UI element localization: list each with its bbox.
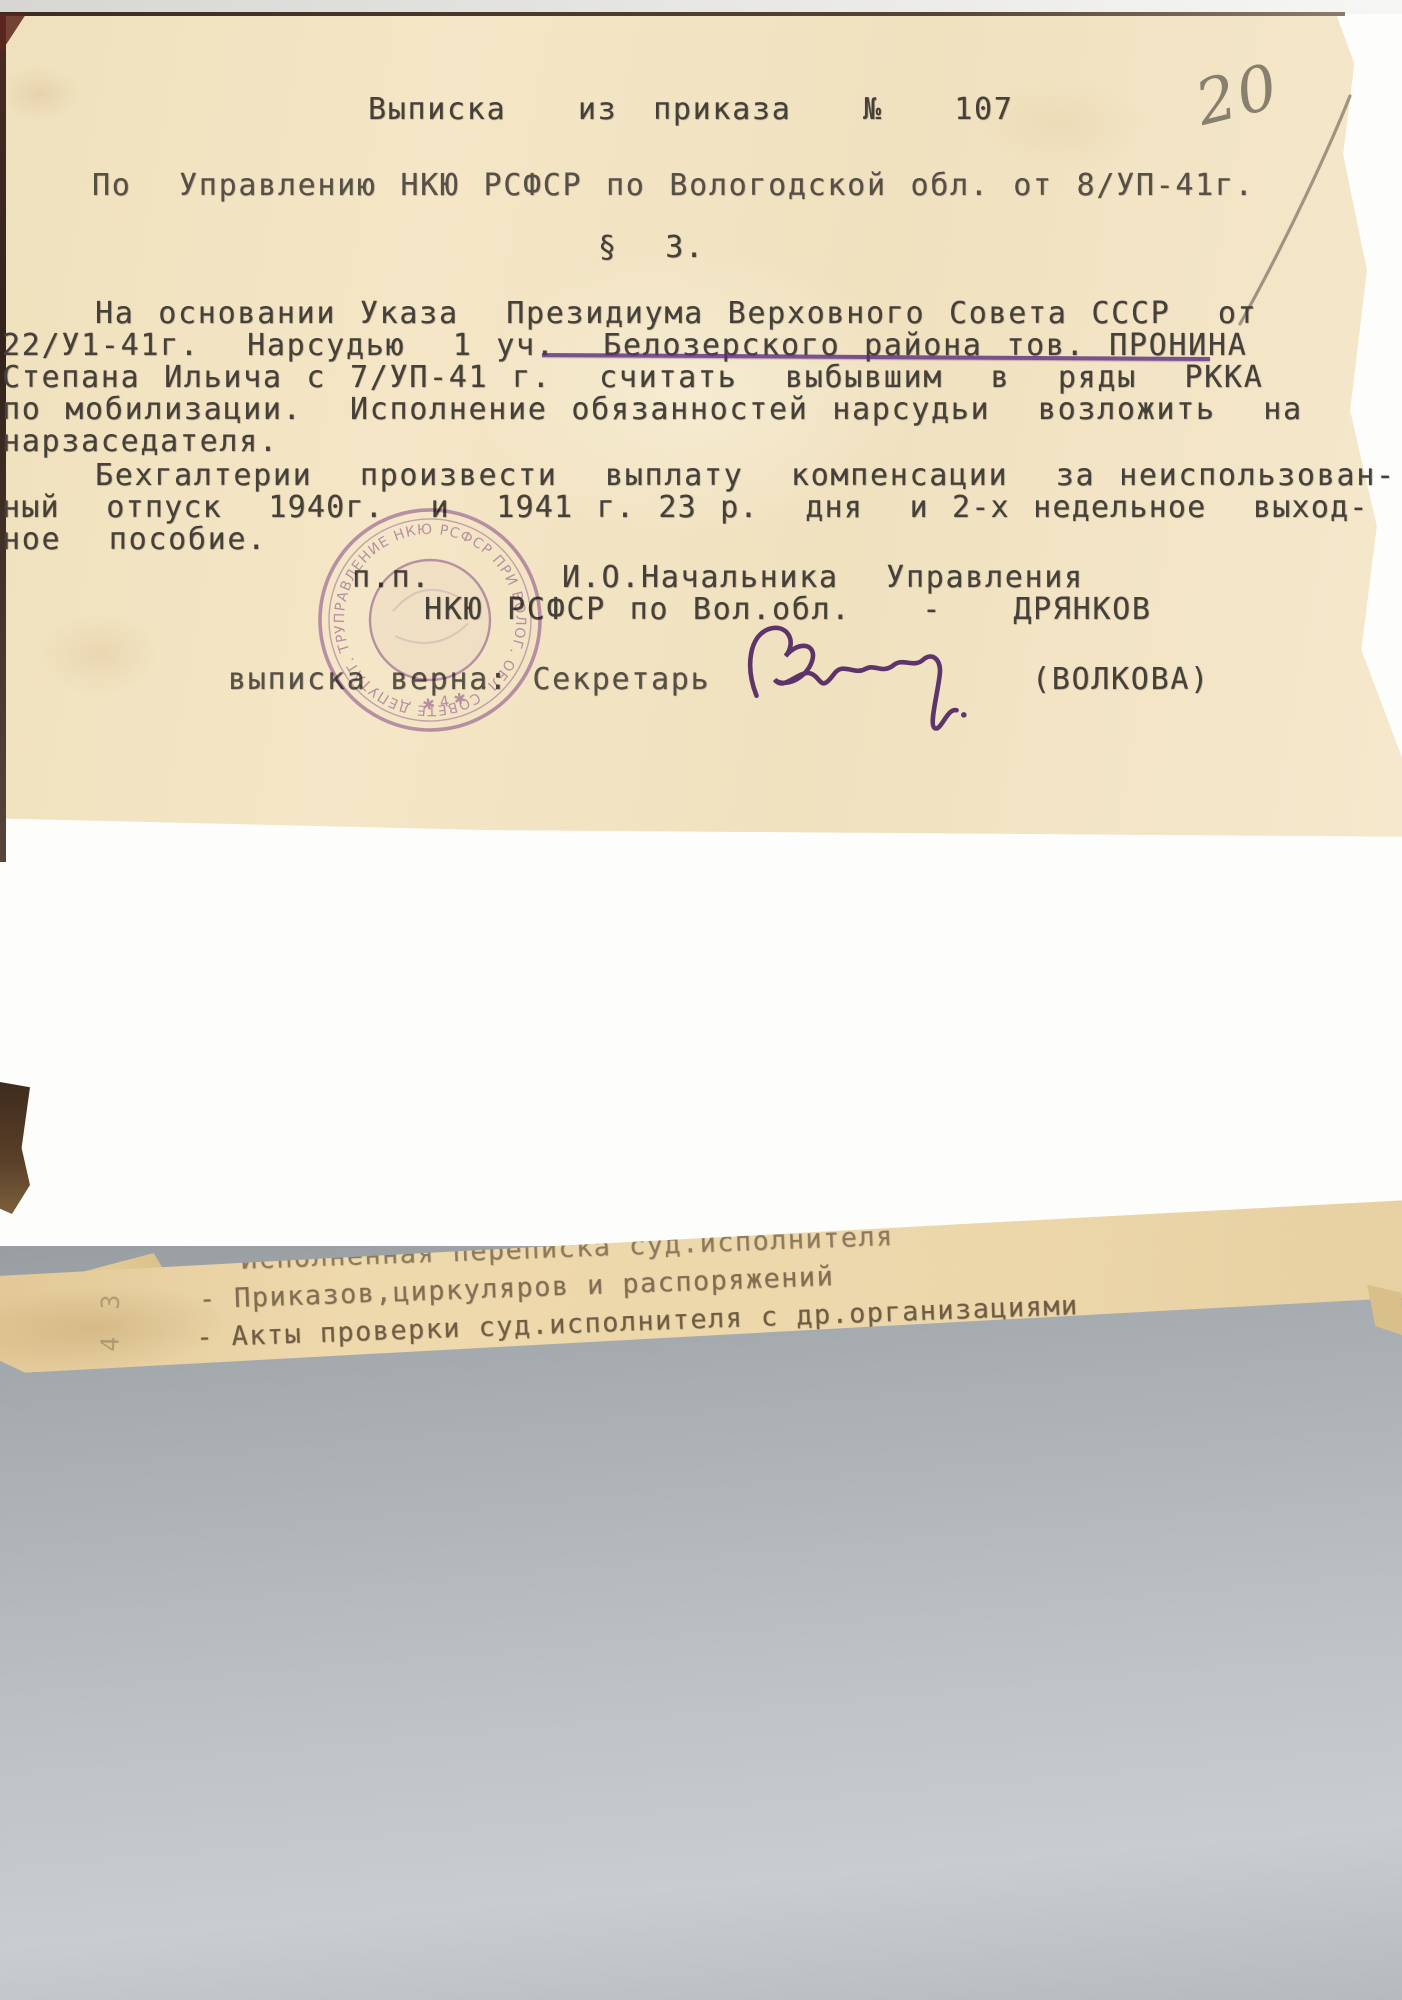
- signature-volkov-ink: [736, 602, 994, 765]
- scanned-document-page: 20 Выписка из приказа № 107 По Управлени…: [0, 0, 1402, 2000]
- section-number: § 3.: [598, 230, 705, 265]
- paragraph1-line1: На основании Указа Президиума Верховного…: [95, 296, 1257, 331]
- paragraph1-line2-prefix: 22/У1-41г. Нарсудью 1 уч.: [2, 328, 603, 363]
- signature-title-line1: И.О.Начальника Управления: [562, 560, 1084, 595]
- torn-paper-fragment: [0, 1082, 30, 1214]
- secretary-name: (ВОЛКОВА): [1032, 662, 1210, 697]
- paragraph2-line2: ный отпуск 1940г. и 1941 г. 23 р. дня и …: [2, 490, 1369, 525]
- document-subtitle: По Управлению НКЮ РСФСР по Вологодской о…: [92, 168, 1254, 203]
- round-ink-stamp: УПРАВЛЕНИЕ НКЮ РСФСР ПРИ ВОЛОГ. ОБЛ. СОВ…: [250, 440, 609, 799]
- paper-top-shadow-line: [0, 12, 1345, 16]
- paragraph1-line4: по мобилизации. Исполнение обязанностей …: [2, 392, 1303, 427]
- document-title: Выписка из приказа № 107: [368, 92, 1014, 127]
- paragraph1-line5: нарзаседателя.: [2, 424, 279, 459]
- strip-item3-number: 4: [95, 1336, 124, 1352]
- paragraph1-line3: Степана Ильича с 7/УП-41 г. считать выбы…: [2, 360, 1263, 395]
- strip-item2-number: 3: [96, 1294, 125, 1310]
- paragraph2-line3: ное пособие.: [2, 522, 267, 557]
